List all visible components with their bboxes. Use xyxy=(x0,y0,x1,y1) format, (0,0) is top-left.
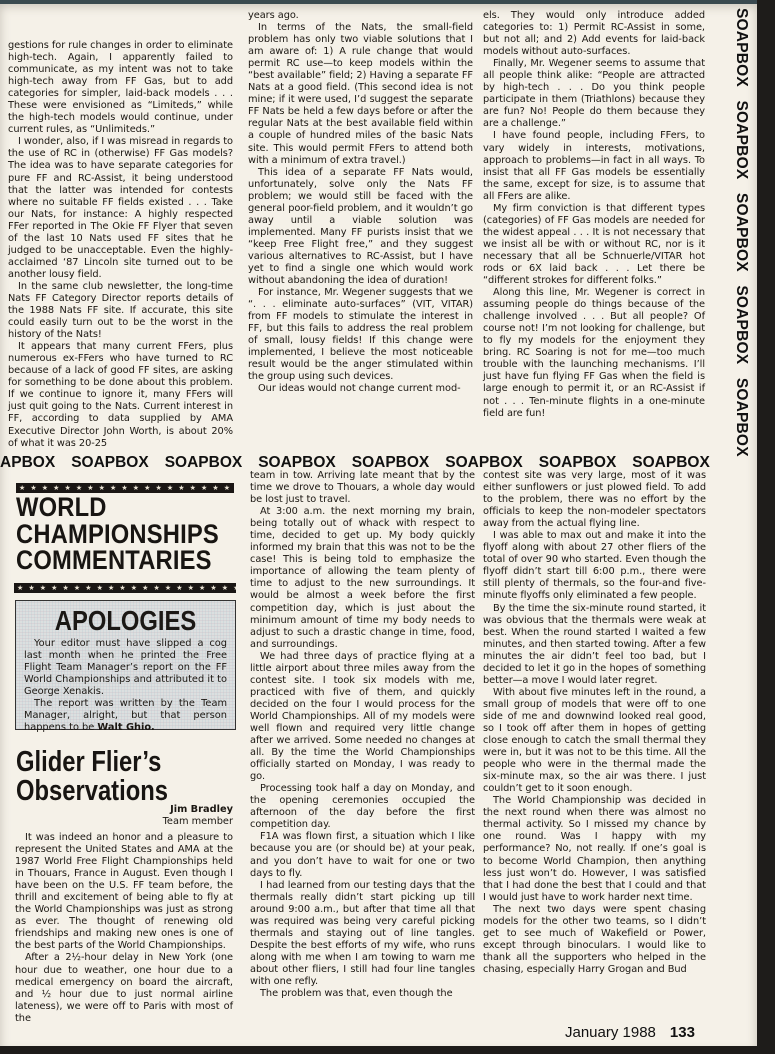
soapbox-column-2: years ago. In terms of the Nats, the sma… xyxy=(248,10,473,396)
soapbox-label: SOAPBOX xyxy=(733,378,750,457)
paragraph: I was able to max out and make it into t… xyxy=(483,530,706,602)
soapbox-label: SOAPBOX xyxy=(733,8,750,87)
paragraph: els. They would only introduce added cat… xyxy=(483,10,705,58)
title-line: WORLD xyxy=(16,494,214,521)
title-line: Observations xyxy=(16,777,201,806)
apologies-title: APOLOGIES xyxy=(32,605,218,637)
paragraph: It appears that many current FFers, plus… xyxy=(8,341,233,449)
paragraph: By the time the six-minute round started… xyxy=(483,603,706,687)
soapbox-column-3: els. They would only introduce added cat… xyxy=(483,10,705,420)
paragraph: This idea of a separate FF Nats would, u… xyxy=(248,167,473,287)
page-top-edge xyxy=(0,0,757,4)
article-column-2: team in tow. Arriving late meant that by… xyxy=(250,470,475,1000)
issue-date: January 1988 xyxy=(565,1024,656,1041)
soapbox-label: SOAPBOX xyxy=(733,285,750,364)
page-number: 133 xyxy=(670,1024,695,1041)
paragraph: I had learned from our testing days that… xyxy=(250,880,475,988)
paragraph: The problem was that, even though the xyxy=(250,988,475,1000)
soapbox-label: SOAPBOX xyxy=(71,452,149,474)
paragraph: The report was written by the Team Manag… xyxy=(24,698,227,734)
star-divider-bottom: ★★★★★★★★★★★★★★★★★★★★★★★★★★★ xyxy=(14,583,236,593)
paragraph: In the same club newsletter, the long-ti… xyxy=(8,281,233,341)
paragraph: I wonder, also, if I was misread in rega… xyxy=(8,136,233,281)
soapbox-column-1: gestions for rule changes in order to el… xyxy=(8,40,233,450)
title-line: Glider Flier’s xyxy=(16,748,201,777)
paragraph: F1A was flown first, a situation which I… xyxy=(250,831,475,879)
paragraph: After a 2½-hour delay in New York (one h… xyxy=(15,952,233,1024)
paragraph: years ago. xyxy=(248,10,473,22)
soapbox-label: SOAPBOX xyxy=(165,452,243,474)
paragraph: We had three days of practice flying at … xyxy=(250,651,475,784)
article-column-1: It was indeed an honor and a pleasure to… xyxy=(15,832,233,1025)
byline: Jim Bradley Team member xyxy=(16,804,233,828)
soapbox-label: OAPBOX xyxy=(0,452,55,474)
paragraph: Your editor must have slipped a cog last… xyxy=(24,638,227,698)
title-line: CHAMPIONSHIPS xyxy=(16,521,214,548)
paragraph: Along this line, Mr. Wegener is correct … xyxy=(483,287,705,420)
paragraph: For instance, Mr. Wegener suggests that … xyxy=(248,287,473,383)
article-title: Glider Flier’s Observations xyxy=(16,748,201,806)
corrected-author: Walt Ghio. xyxy=(97,722,154,733)
paragraph: The next two days were spent chasing mod… xyxy=(483,904,706,976)
article-column-3: contest site was very large, most of it … xyxy=(483,470,706,976)
paragraph: contest site was very large, most of it … xyxy=(483,470,706,530)
paragraph: Finally, Mr. Wegener seems to assume tha… xyxy=(483,58,705,130)
paragraph: It was indeed an honor and a pleasure to… xyxy=(15,832,233,952)
title-line: COMMENTARIES xyxy=(16,547,214,574)
paragraph: Processing took half a day on Monday, an… xyxy=(250,783,475,831)
page-footer: January 1988133 xyxy=(565,1024,695,1041)
apologies-body: Your editor must have slipped a cog last… xyxy=(24,638,227,734)
paragraph: My firm conviction is that different typ… xyxy=(483,203,705,287)
magazine-page: gestions for rule changes in order to el… xyxy=(0,0,757,1046)
paragraph: team in tow. Arriving late meant that by… xyxy=(250,470,475,506)
soapbox-label: SOAPBOX xyxy=(733,100,750,179)
author-name: Jim Bradley xyxy=(16,804,233,816)
paragraph: With about five minutes left in the roun… xyxy=(483,687,706,795)
apologies-box: APOLOGIES Your editor must have slipped … xyxy=(15,600,236,730)
paragraph: The World Championship was decided in th… xyxy=(483,795,706,903)
paragraph: At 3:00 a.m. the next morning my brain, … xyxy=(250,506,475,651)
soapbox-label: SOAPBOX xyxy=(733,193,750,272)
section-title: WORLD CHAMPIONSHIPS COMMENTARIES xyxy=(16,494,214,574)
paragraph: Our ideas would not change current mod- xyxy=(248,383,473,395)
paragraph: In terms of the Nats, the small-field pr… xyxy=(248,22,473,167)
soapbox-vertical-banner: SOAPBOX SOAPBOX SOAPBOX SOAPBOX SOAPBOX xyxy=(728,8,750,463)
paragraph: gestions for rule changes in order to el… xyxy=(8,40,233,136)
paragraph: I have found people, including FFers, to… xyxy=(483,130,705,202)
author-role: Team member xyxy=(16,816,233,828)
